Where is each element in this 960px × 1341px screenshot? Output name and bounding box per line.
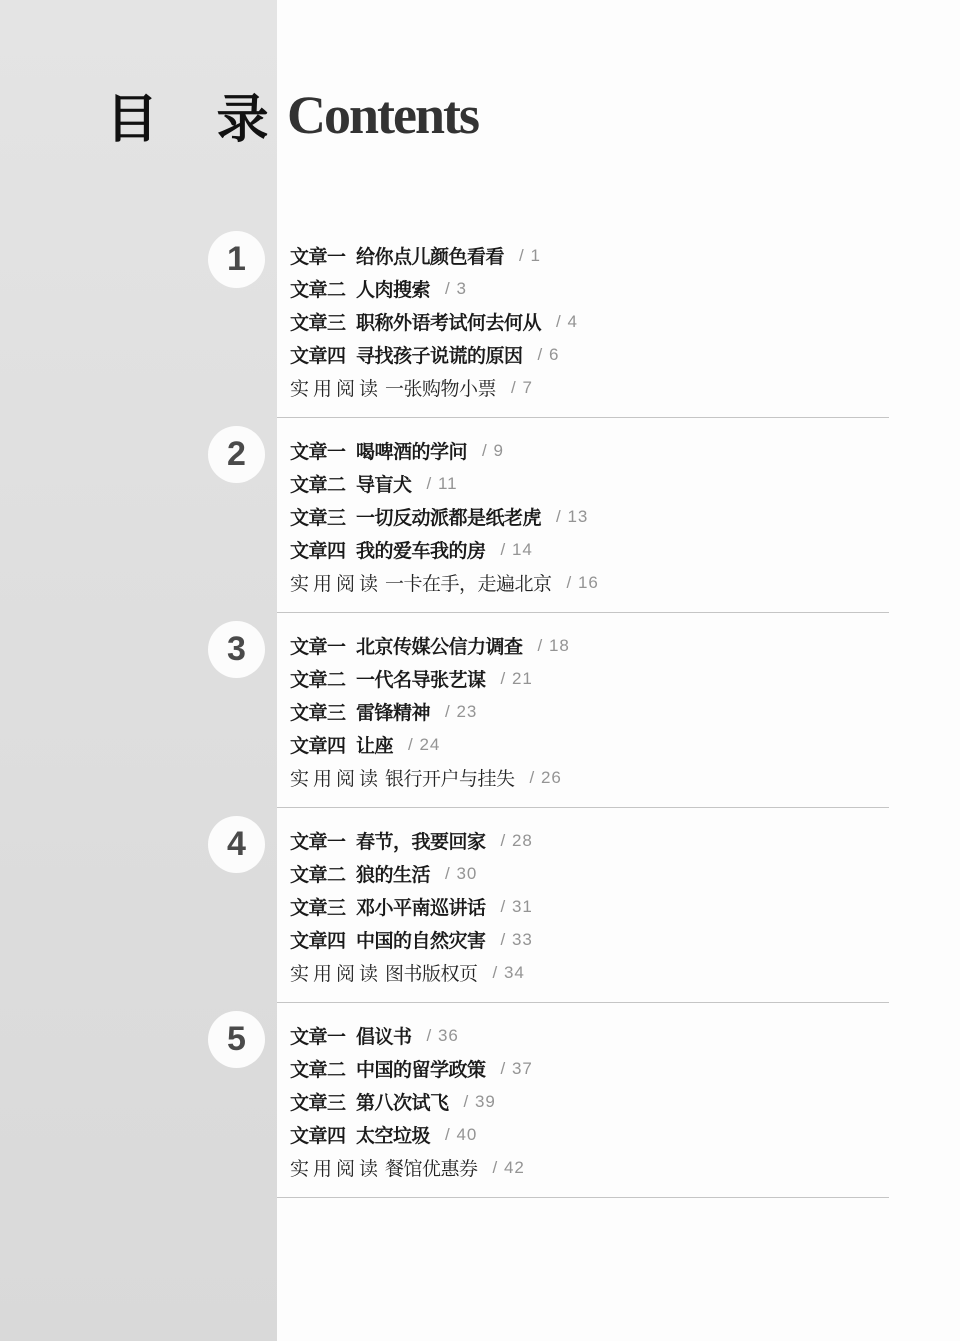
entry-title: 银行开户与挂失 <box>385 764 515 791</box>
toc-page: 目 录 Contents 1 文章一 给你点儿颜色看看 / 1 文章二 人肉搜索… <box>0 0 960 1341</box>
toc-entry: 文章三 第八次试飞 / 39 <box>290 1085 890 1118</box>
entry-title: 图书版权页 <box>385 959 478 986</box>
entry-title: 人肉搜索 <box>356 275 430 302</box>
entry-label: 文章二 <box>290 665 356 692</box>
entry-page-number: / 30 <box>445 864 477 884</box>
toc-entry-practical: 实用阅读 银行开户与挂失 / 26 <box>290 761 890 794</box>
toc-entry: 文章二 狼的生活 / 30 <box>290 857 890 890</box>
entry-title: 职称外语考试何去何从 <box>356 308 541 335</box>
entry-label: 文章三 <box>290 308 356 335</box>
entry-title: 中国的留学政策 <box>356 1055 486 1082</box>
entry-page-number: / 16 <box>567 573 599 593</box>
toc-entry-practical: 实用阅读 一卡在手，走遍北京 / 16 <box>290 566 890 599</box>
entry-page-number: / 26 <box>530 768 562 788</box>
entry-label: 实用阅读 <box>290 569 385 596</box>
entry-page-number: / 36 <box>427 1026 459 1046</box>
toc-entry: 文章四 太空垃圾 / 40 <box>290 1118 890 1151</box>
section-number: 4 <box>227 825 246 864</box>
toc-entry-practical: 实用阅读 一张购物小票 / 7 <box>290 371 890 404</box>
section-2-number-badge: 2 <box>208 426 265 483</box>
entry-label: 文章三 <box>290 503 356 530</box>
section-number: 2 <box>227 435 246 474</box>
toc-section-3: 3 文章一 北京传媒公信力调查 / 18 文章二 一代名导张艺谋 / 21 文章… <box>290 629 890 794</box>
section-number: 1 <box>227 240 246 279</box>
page-title-chinese: 目 录 <box>106 92 290 149</box>
entry-page-number: / 23 <box>445 702 477 722</box>
entry-page-number: / 33 <box>501 930 533 950</box>
section-divider-3 <box>277 807 889 808</box>
entry-page-number: / 42 <box>493 1158 525 1178</box>
entry-page-number: / 34 <box>493 963 525 983</box>
toc-entry: 文章三 职称外语考试何去何从 / 4 <box>290 305 890 338</box>
toc-section-1: 1 文章一 给你点儿颜色看看 / 1 文章二 人肉搜索 / 3 文章三 职称外语… <box>290 239 890 404</box>
toc-entry: 文章一 春节，我要回家 / 28 <box>290 824 890 857</box>
entry-title: 喝啤酒的学问 <box>356 437 467 464</box>
entry-label: 文章四 <box>290 731 356 758</box>
entry-title: 雷锋精神 <box>356 698 430 725</box>
entry-label: 实用阅读 <box>290 1154 385 1181</box>
entry-page-number: / 37 <box>501 1059 533 1079</box>
toc-entry: 文章一 倡议书 / 36 <box>290 1019 890 1052</box>
entry-label: 实用阅读 <box>290 374 385 401</box>
entry-label: 文章三 <box>290 1088 356 1115</box>
entry-label: 文章四 <box>290 1121 356 1148</box>
entry-page-number: / 39 <box>464 1092 496 1112</box>
entry-label: 文章二 <box>290 860 356 887</box>
section-5-number-badge: 5 <box>208 1011 265 1068</box>
entry-page-number: / 3 <box>445 279 467 299</box>
toc-entry: 文章一 给你点儿颜色看看 / 1 <box>290 239 890 272</box>
entry-title: 中国的自然灾害 <box>356 926 486 953</box>
entry-page-number: / 9 <box>482 441 504 461</box>
entry-label: 文章一 <box>290 632 356 659</box>
page-title-english: Contents <box>287 86 478 145</box>
toc-entry-practical: 实用阅读 图书版权页 / 34 <box>290 956 890 989</box>
entry-label: 文章四 <box>290 341 356 368</box>
section-number: 3 <box>227 630 246 669</box>
entry-title: 倡议书 <box>356 1022 412 1049</box>
toc-entry: 文章四 寻找孩子说谎的原因 / 6 <box>290 338 890 371</box>
entry-title: 狼的生活 <box>356 860 430 887</box>
section-divider-5 <box>277 1197 889 1198</box>
entry-label: 文章一 <box>290 827 356 854</box>
entry-title: 一张购物小票 <box>385 374 496 401</box>
section-1-number-badge: 1 <box>208 231 265 288</box>
entry-title: 太空垃圾 <box>356 1121 430 1148</box>
section-number: 5 <box>227 1020 246 1059</box>
entry-label: 文章三 <box>290 893 356 920</box>
toc-entry: 文章一 喝啤酒的学问 / 9 <box>290 434 890 467</box>
entry-label: 实用阅读 <box>290 959 385 986</box>
toc-entry: 文章二 人肉搜索 / 3 <box>290 272 890 305</box>
entry-page-number: / 4 <box>556 312 578 332</box>
entry-label: 文章一 <box>290 242 356 269</box>
entry-title: 餐馆优惠券 <box>385 1154 478 1181</box>
entry-title: 一代名导张艺谋 <box>356 665 486 692</box>
entry-page-number: / 31 <box>501 897 533 917</box>
entry-label: 文章二 <box>290 470 356 497</box>
entry-label: 文章一 <box>290 437 356 464</box>
entry-page-number: / 28 <box>501 831 533 851</box>
section-4-number-badge: 4 <box>208 816 265 873</box>
entry-title: 春节，我要回家 <box>356 827 486 854</box>
section-divider-1 <box>277 417 889 418</box>
toc-entry: 文章一 北京传媒公信力调查 / 18 <box>290 629 890 662</box>
entry-label: 文章一 <box>290 1022 356 1049</box>
entry-title: 我的爱车我的房 <box>356 536 486 563</box>
toc-section-2: 2 文章一 喝啤酒的学问 / 9 文章二 导盲犬 / 11 文章三 一切反动派都… <box>290 434 890 599</box>
entry-page-number: / 24 <box>408 735 440 755</box>
entry-title: 让座 <box>356 731 393 758</box>
entry-page-number: / 13 <box>556 507 588 527</box>
entry-page-number: / 11 <box>427 474 458 494</box>
entry-page-number: / 7 <box>511 378 533 398</box>
toc-entry: 文章三 一切反动派都是纸老虎 / 13 <box>290 500 890 533</box>
entry-page-number: / 40 <box>445 1125 477 1145</box>
entry-label: 文章三 <box>290 698 356 725</box>
entry-title: 寻找孩子说谎的原因 <box>356 341 523 368</box>
entry-page-number: / 18 <box>538 636 570 656</box>
entry-page-number: / 14 <box>501 540 533 560</box>
toc-entry: 文章三 邓小平南巡讲话 / 31 <box>290 890 890 923</box>
entry-title: 给你点儿颜色看看 <box>356 242 504 269</box>
toc-entry: 文章四 中国的自然灾害 / 33 <box>290 923 890 956</box>
entry-page-number: / 1 <box>519 246 541 266</box>
toc-entry-practical: 实用阅读 餐馆优惠券 / 42 <box>290 1151 890 1184</box>
entry-label: 文章二 <box>290 1055 356 1082</box>
entry-title: 北京传媒公信力调查 <box>356 632 523 659</box>
section-divider-4 <box>277 1002 889 1003</box>
toc-entry: 文章四 让座 / 24 <box>290 728 890 761</box>
entry-label: 文章四 <box>290 536 356 563</box>
entry-title: 第八次试飞 <box>356 1088 449 1115</box>
toc-entry: 文章二 导盲犬 / 11 <box>290 467 890 500</box>
entry-label: 实用阅读 <box>290 764 385 791</box>
entry-title: 邓小平南巡讲话 <box>356 893 486 920</box>
entry-title: 一切反动派都是纸老虎 <box>356 503 541 530</box>
toc-section-5: 5 文章一 倡议书 / 36 文章二 中国的留学政策 / 37 文章三 第八次试… <box>290 1019 890 1184</box>
toc-entry: 文章三 雷锋精神 / 23 <box>290 695 890 728</box>
entry-label: 文章二 <box>290 275 356 302</box>
entry-page-number: / 6 <box>538 345 560 365</box>
toc-entry: 文章二 一代名导张艺谋 / 21 <box>290 662 890 695</box>
section-divider-2 <box>277 612 889 613</box>
section-3-number-badge: 3 <box>208 621 265 678</box>
entry-label: 文章四 <box>290 926 356 953</box>
toc-entry: 文章四 我的爱车我的房 / 14 <box>290 533 890 566</box>
toc-section-4: 4 文章一 春节，我要回家 / 28 文章二 狼的生活 / 30 文章三 邓小平… <box>290 824 890 989</box>
entry-title: 一卡在手，走遍北京 <box>385 569 552 596</box>
entry-title: 导盲犬 <box>356 470 412 497</box>
toc-entry: 文章二 中国的留学政策 / 37 <box>290 1052 890 1085</box>
entry-page-number: / 21 <box>501 669 533 689</box>
